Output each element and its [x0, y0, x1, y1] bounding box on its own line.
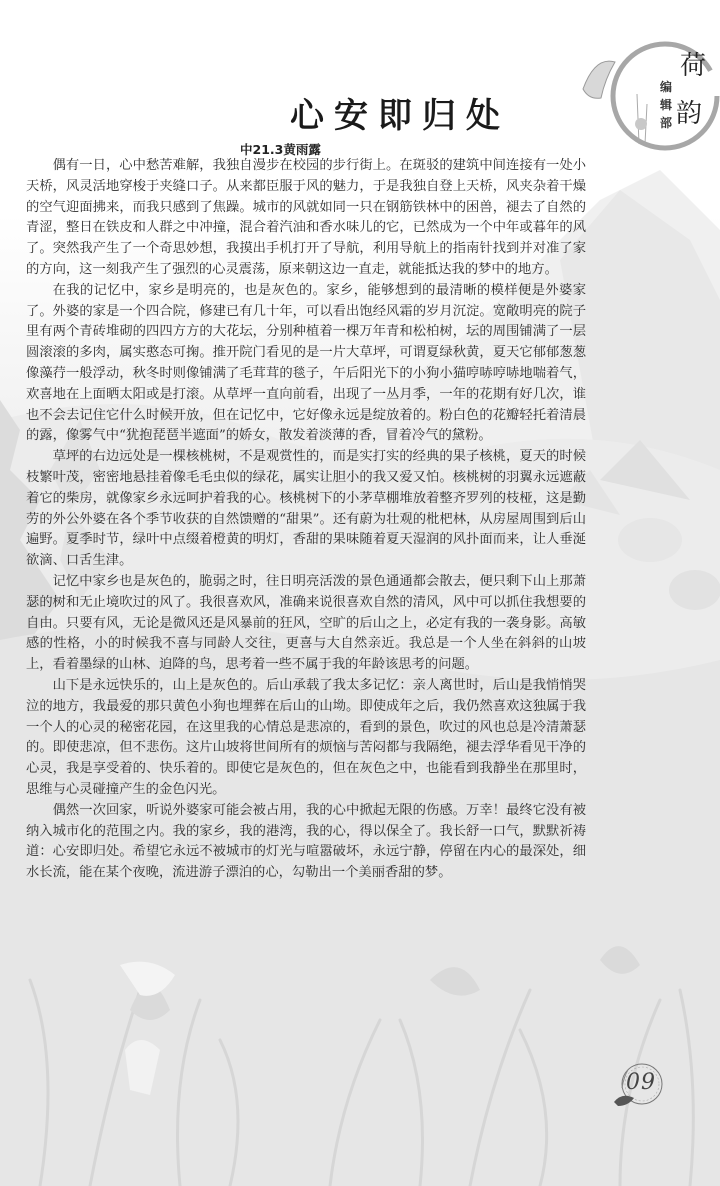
paragraph-5: 山下是永远快乐的，山上是灰色的。后山承载了我太多记忆：亲人离世时，后山是我悄悄哭…: [26, 676, 586, 801]
paragraph-6: 偶然一次回家，听说外婆家可能会被占用，我的心中掀起无限的伤感。万幸！最终它没有被…: [26, 801, 586, 884]
article-title-text: 心安即归处: [290, 88, 510, 137]
page-number: 09: [626, 1070, 656, 1095]
paragraph-2: 在我的记忆中，家乡是明亮的，也是灰色的。家乡，能够想到的最清晰的模样便是外婆家了…: [26, 281, 586, 447]
paragraph-3: 草坪的右边远处是一棵核桃树，不是观赏性的，而是实打实的经典的果子核桃，夏天的时候…: [26, 447, 586, 572]
article-body: 偶有一日，心中愁苦难解，我独自漫步在校园的步行街上。在斑驳的建筑中间连接有一处小…: [26, 156, 586, 884]
logo-char-he: 荷: [679, 52, 707, 80]
paragraph-4: 记忆中家乡也是灰色的，脆弱之时，往日明亮活泼的景色通通都会散去，便只剩下山上那萧…: [26, 572, 586, 676]
article-title: 心安即归处: [0, 88, 720, 137]
paragraph-1: 偶有一日，心中愁苦难解，我独自漫步在校园的步行街上。在斑驳的建筑中间连接有一处小…: [26, 156, 586, 281]
page-number-badge: 09: [612, 1058, 668, 1114]
